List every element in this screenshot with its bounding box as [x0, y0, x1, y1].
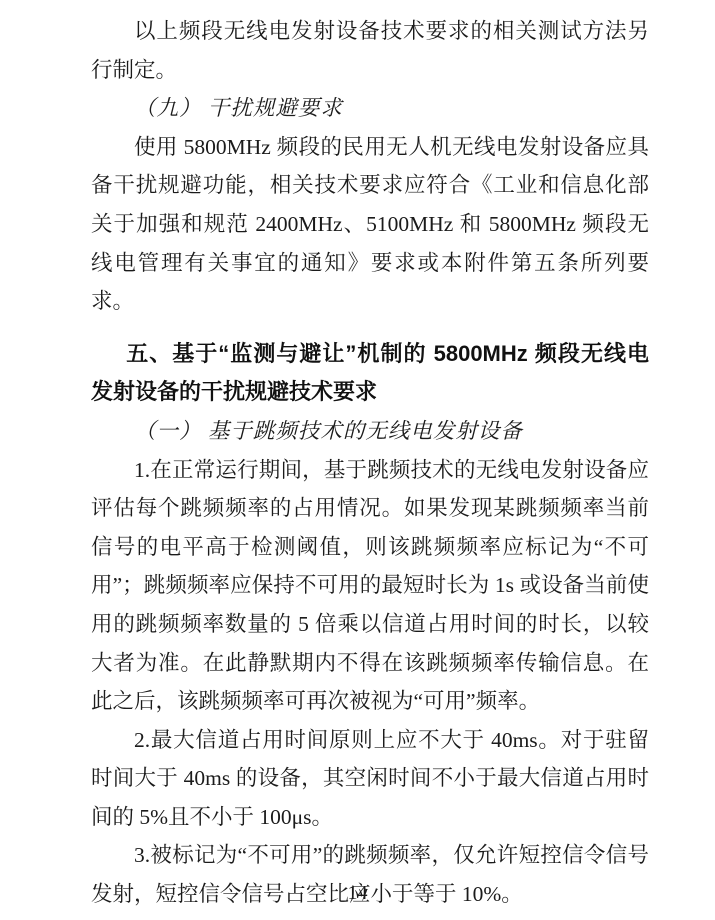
page-number: 14	[0, 881, 715, 905]
paragraph-test-method: 以上频段无线电发射设备技术要求的相关测试方法另行制定。	[91, 12, 649, 89]
paragraph-item-1: 1.在正常运行期间，基于跳频技术的无线电发射设备应评估每个跳频频率的占用情况。如…	[91, 451, 649, 721]
subheading-1-frequency-hopping: （一） 基于跳频技术的无线电发射设备	[91, 412, 649, 451]
page-content: 以上频段无线电发射设备技术要求的相关测试方法另行制定。 （九） 干扰规避要求 使…	[91, 12, 649, 914]
subheading-9-interference-avoidance: （九） 干扰规避要求	[91, 89, 649, 128]
section-5-heading: 五、基于“监测与避让”机制的 5800MHz 频段无线电发射设备的干扰规避技术要…	[91, 335, 649, 412]
paragraph-5800mhz-requirement: 使用 5800MHz 频段的民用无人机无线电发射设备应具备干扰规避功能，相关技术…	[91, 128, 649, 321]
document-page: 以上频段无线电发射设备技术要求的相关测试方法另行制定。 （九） 干扰规避要求 使…	[0, 0, 715, 920]
paragraph-item-2: 2.最大信道占用时间原则上应不大于 40ms。对于驻留时间大于 40ms 的设备…	[91, 721, 649, 837]
